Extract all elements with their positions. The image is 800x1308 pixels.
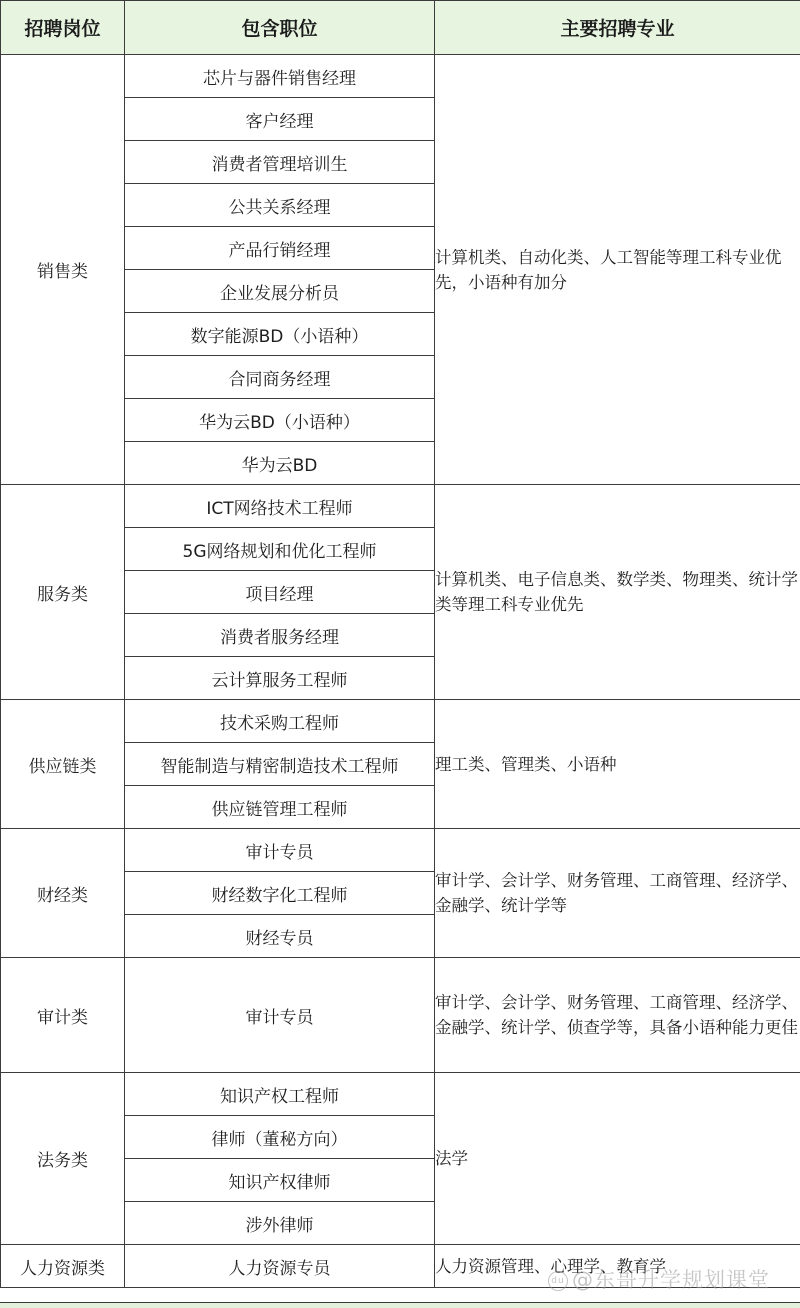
position-cell: 财经专员: [125, 915, 435, 958]
majors-cell-legal: 法学: [435, 1073, 800, 1245]
table-row: 审计类 审计专员 审计学、会计学、财务管理、工商管理、经济学、金融学、统计学、侦…: [1, 958, 800, 1073]
position-cell: 企业发展分析员: [125, 270, 435, 313]
position-cell: 智能制造与精密制造技术工程师: [125, 743, 435, 786]
header-positions: 包含职位: [125, 1, 435, 55]
majors-text: 人力资源管理、心理学、教育学: [435, 1254, 800, 1279]
table-row: 人力资源类 人力资源专员 人力资源管理、心理学、教育学: [1, 1245, 800, 1288]
header-majors: 主要招聘专业: [435, 1, 800, 55]
table-row: 财经类 审计专员 审计学、会计学、财务管理、工商管理、经济学、金融学、统计学等: [1, 829, 800, 872]
position-cell: 项目经理: [125, 571, 435, 614]
position-cell: 供应链管理工程师: [125, 786, 435, 829]
category-cell-service: 服务类: [1, 485, 125, 700]
position-cell: 公共关系经理: [125, 184, 435, 227]
majors-text: 审计学、会计学、财务管理、工商管理、经济学、金融学、统计学等: [435, 868, 800, 918]
position-cell: 5G网络规划和优化工程师: [125, 528, 435, 571]
majors-cell-hr: 人力资源管理、心理学、教育学: [435, 1245, 800, 1288]
position-cell: 财经数字化工程师: [125, 872, 435, 915]
position-cell: 客户经理: [125, 98, 435, 141]
position-cell: 数字能源BD（小语种）: [125, 313, 435, 356]
position-cell: 知识产权工程师: [125, 1073, 435, 1116]
majors-text: 理工类、管理类、小语种: [435, 752, 800, 777]
majors-text: 计算机类、自动化类、人工智能等理工科专业优先，小语种有加分: [435, 245, 800, 295]
majors-text: 计算机类、电子信息类、数学类、物理类、统计学类等理工科专业优先: [435, 567, 800, 617]
table-row: 销售类 芯片与器件销售经理 计算机类、自动化类、人工智能等理工科专业优先，小语种…: [1, 55, 800, 98]
table-row: 法务类 知识产权工程师 法学: [1, 1073, 800, 1116]
category-cell-finance: 财经类: [1, 829, 125, 958]
position-cell: ICT网络技术工程师: [125, 485, 435, 528]
header-category: 招聘岗位: [1, 1, 125, 55]
majors-text: 审计学、会计学、财务管理、工商管理、经济学、金融学、统计学、侦查学等，具备小语种…: [435, 990, 800, 1040]
majors-cell-audit: 审计学、会计学、财务管理、工商管理、经济学、金融学、统计学、侦查学等，具备小语种…: [435, 958, 800, 1073]
position-cell: 涉外律师: [125, 1202, 435, 1245]
category-cell-legal: 法务类: [1, 1073, 125, 1245]
position-cell: 消费者服务经理: [125, 614, 435, 657]
table-header-row: 招聘岗位 包含职位 主要招聘专业: [1, 1, 800, 55]
recruitment-table-page: 招聘岗位 包含职位 主要招聘专业 销售类 芯片与器件销售经理 计算机类、自动化类…: [0, 0, 800, 1308]
majors-cell-finance: 审计学、会计学、财务管理、工商管理、经济学、金融学、统计学等: [435, 829, 800, 958]
majors-text: 法学: [435, 1146, 800, 1171]
bottom-strip: [0, 1302, 800, 1308]
majors-cell-supply-chain: 理工类、管理类、小语种: [435, 700, 800, 829]
category-cell-sales: 销售类: [1, 55, 125, 485]
position-cell: 技术采购工程师: [125, 700, 435, 743]
majors-cell-service: 计算机类、电子信息类、数学类、物理类、统计学类等理工科专业优先: [435, 485, 800, 700]
position-cell: 审计专员: [125, 958, 435, 1073]
position-cell: 知识产权律师: [125, 1159, 435, 1202]
position-cell: 华为云BD: [125, 442, 435, 485]
recruitment-table: 招聘岗位 包含职位 主要招聘专业 销售类 芯片与器件销售经理 计算机类、自动化类…: [0, 0, 800, 1288]
majors-cell-sales: 计算机类、自动化类、人工智能等理工科专业优先，小语种有加分: [435, 55, 800, 485]
table-row: 供应链类 技术采购工程师 理工类、管理类、小语种: [1, 700, 800, 743]
position-cell: 云计算服务工程师: [125, 657, 435, 700]
category-cell-hr: 人力资源类: [1, 1245, 125, 1288]
category-cell-supply-chain: 供应链类: [1, 700, 125, 829]
table-row: 服务类 ICT网络技术工程师 计算机类、电子信息类、数学类、物理类、统计学类等理…: [1, 485, 800, 528]
position-cell: 华为云BD（小语种）: [125, 399, 435, 442]
position-cell: 产品行销经理: [125, 227, 435, 270]
position-cell: 律师（董秘方向）: [125, 1116, 435, 1159]
position-cell: 人力资源专员: [125, 1245, 435, 1288]
category-cell-audit: 审计类: [1, 958, 125, 1073]
position-cell: 审计专员: [125, 829, 435, 872]
position-cell: 芯片与器件销售经理: [125, 55, 435, 98]
position-cell: 合同商务经理: [125, 356, 435, 399]
position-cell: 消费者管理培训生: [125, 141, 435, 184]
